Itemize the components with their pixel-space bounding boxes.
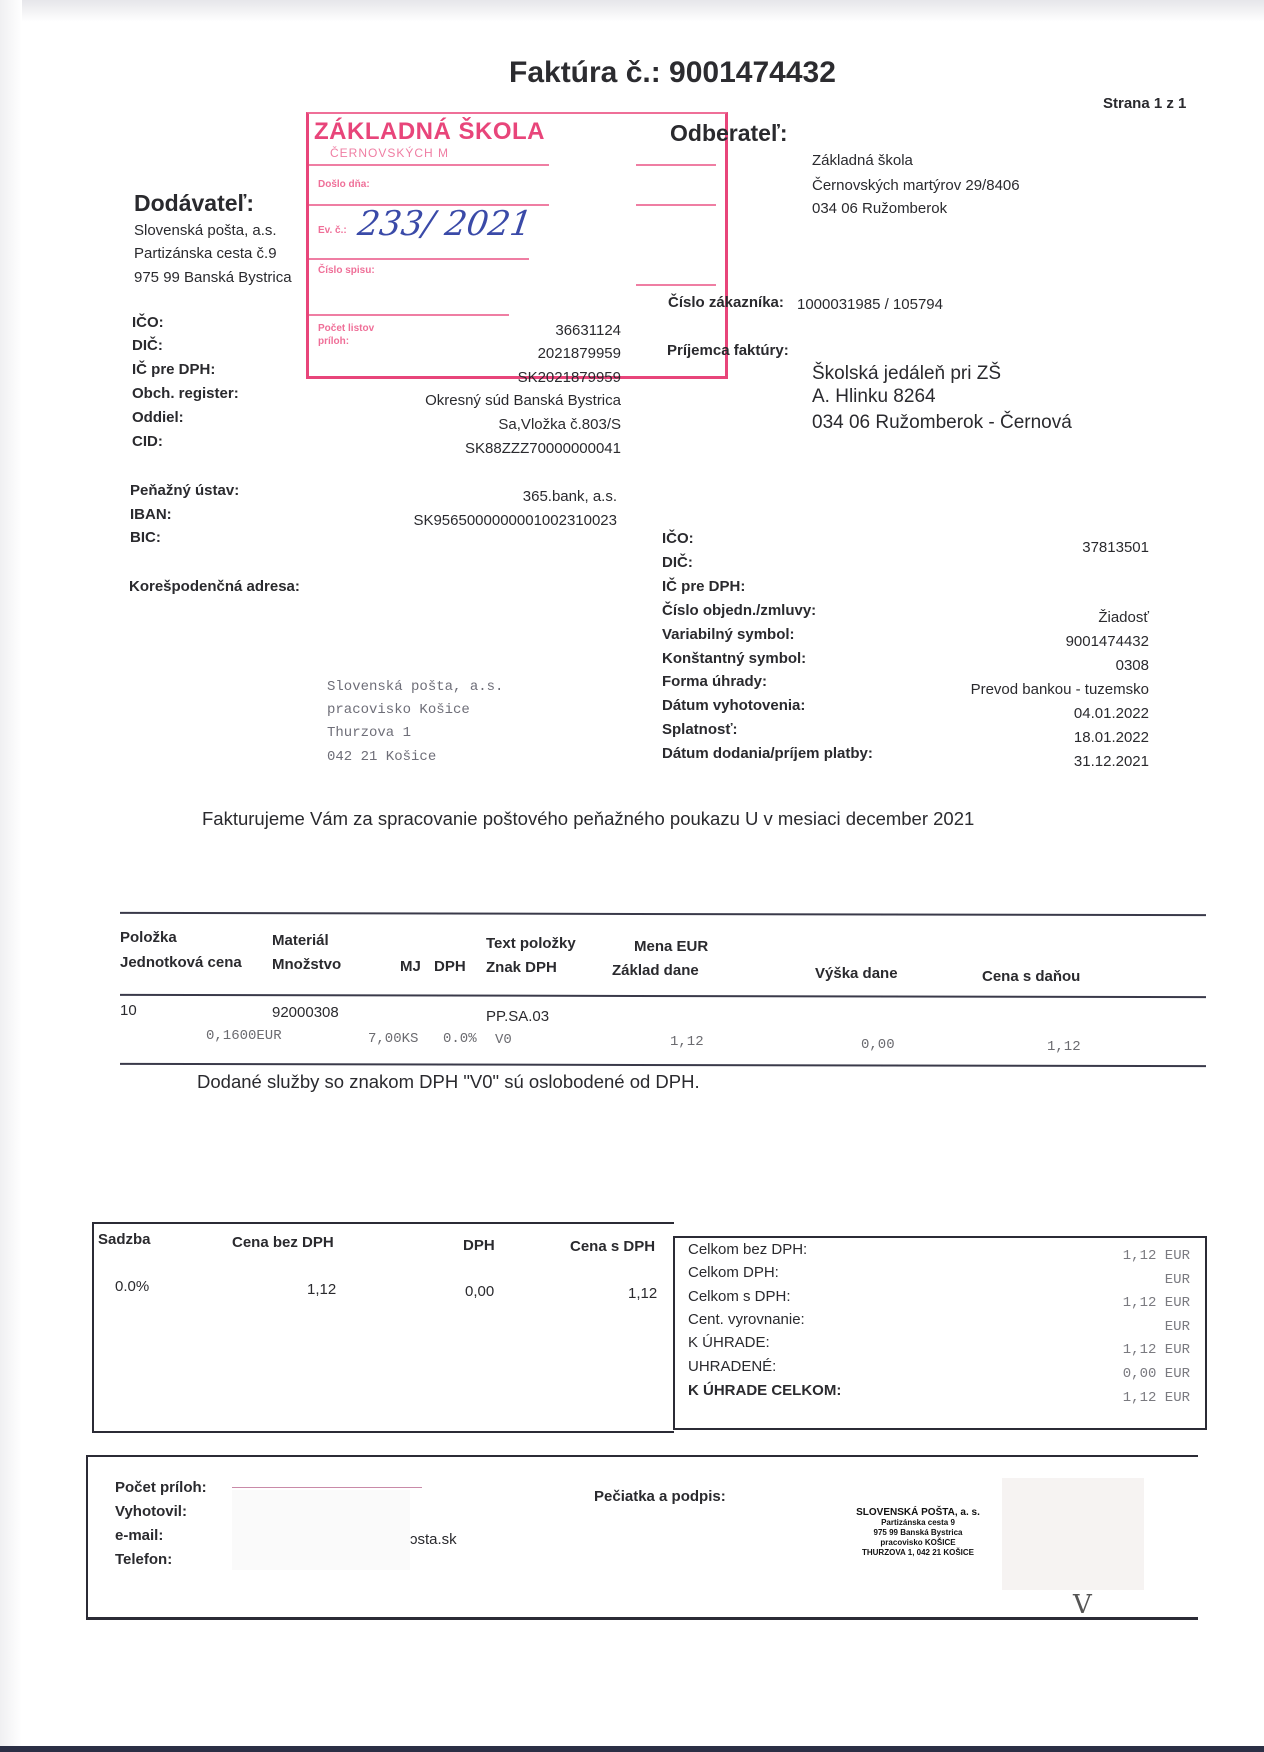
supplier-register-label: Obch. register:: [132, 385, 239, 402]
page-indicator: Strana 1 z 1: [1103, 95, 1186, 112]
customer-number-label: Číslo zákazníka:: [668, 294, 784, 311]
vat-header-rate: Sadzba: [98, 1231, 151, 1248]
phone-label: Telefon:: [115, 1551, 172, 1568]
variable-symbol-value: 9001474432: [1066, 633, 1149, 650]
total-value: 1,12 EUR: [1123, 1342, 1190, 1358]
col-header-item: Položka: [120, 929, 177, 946]
total-value: 1,12 EUR: [1123, 1295, 1190, 1311]
total-label: K ÚHRADE:: [688, 1334, 770, 1351]
order-number-value: Žiadosť: [1098, 609, 1149, 626]
customer-address-line: Černovských martýrov 29/8406: [812, 177, 1020, 194]
col-header-currency: Mena EUR: [634, 938, 708, 955]
vat-header-net: Cena bez DPH: [232, 1234, 334, 1251]
issue-date-value: 04.01.2022: [1074, 705, 1149, 722]
email-value-partial: ɔsta.sk: [410, 1531, 457, 1548]
attachments-label: Počet príloh:: [115, 1479, 207, 1496]
col-header-unit: MJ: [400, 958, 421, 975]
stamp-title: ZÁKLADNÁ ŠKOLA: [314, 118, 545, 146]
col-header-tax-amount: Výška dane: [815, 965, 898, 982]
total-value: EUR: [1165, 1319, 1190, 1335]
customer-address-line: Základná škola: [812, 152, 913, 169]
delivery-date-label: Dátum dodania/príjem platby:: [662, 745, 873, 762]
stamp-label-reg-no: Ev. č.:: [318, 224, 347, 237]
supplier-section-value: Sa,Vložka č.803/S: [498, 416, 621, 433]
delivery-date-value: 31.12.2021: [1074, 753, 1149, 770]
correspondence-label: Korešpodenčná adresa:: [129, 578, 300, 595]
due-date-value: 18.01.2022: [1074, 729, 1149, 746]
constant-symbol-value: 0308: [1116, 657, 1149, 674]
total-value: 0,00 EUR: [1123, 1366, 1190, 1382]
payment-method-label: Forma úhrady:: [662, 673, 767, 690]
supplier-cid-label: CID:: [132, 433, 163, 450]
redacted-signature: [1002, 1478, 1144, 1590]
col-header-vat: DPH: [434, 958, 466, 975]
scan-edge-bottom: [0, 1746, 1264, 1752]
vat-rate: 0.0%: [115, 1278, 149, 1295]
supplier-ico-value: 36631124: [555, 322, 621, 339]
variable-symbol-label: Variabilný symbol:: [662, 626, 795, 643]
stamp-subtitle: ČERNOVSKÝCH M: [330, 146, 449, 160]
total-label: UHRADENÉ:: [688, 1358, 776, 1375]
bank-name-label: Peňažný ústav:: [130, 482, 239, 499]
cell-tax-amount: 0,00: [861, 1037, 895, 1053]
handwritten-reg-no: 233/ 2021: [355, 204, 534, 244]
signature-mark: V: [1073, 1590, 1092, 1620]
vat-gross: 1,12: [628, 1285, 657, 1302]
total-label: Cent. vyrovnanie:: [688, 1311, 805, 1328]
total-value: EUR: [1165, 1272, 1190, 1288]
col-header-quantity: Množstvo: [272, 956, 341, 973]
col-header-price-with-tax: Cena s daňou: [982, 968, 1080, 985]
constant-symbol-label: Konštantný symbol:: [662, 650, 806, 667]
recipient-label: Príjemca faktúry:: [667, 342, 789, 359]
bic-label: BIC:: [130, 529, 161, 546]
supplier-dic-label: DIČ:: [132, 337, 163, 354]
supplier-section-label: Oddiel:: [132, 409, 184, 426]
customer-ico-label: IČO:: [662, 530, 694, 547]
customer-heading: Odberateľ:: [670, 120, 788, 147]
due-date-label: Splatnosť:: [662, 721, 738, 738]
received-stamp: ZÁKLADNÁ ŠKOLA ČERNOVSKÝCH M Došlo dňa: …: [306, 108, 722, 376]
col-header-vat-code: Znak DPH: [486, 959, 557, 976]
col-header-tax-base: Základ dane: [612, 962, 699, 979]
supplier-dic-value: 2021879959: [538, 345, 621, 362]
recipient-address-line: A. Hlinku 8264: [812, 386, 936, 408]
customer-vat-id-label: IČ pre DPH:: [662, 578, 745, 595]
total-label: Celkom DPH:: [688, 1264, 779, 1281]
col-header-item-text: Text položky: [486, 935, 576, 952]
cell-material: 92000308: [272, 1004, 339, 1021]
stamp-label-file-no: Číslo spisu:: [318, 264, 375, 277]
email-label: e-mail:: [115, 1527, 163, 1544]
vat-amount: 0,00: [465, 1283, 494, 1300]
customer-ico-value: 37813501: [1082, 539, 1149, 556]
postal-company-stamp: SLOVENSKÁ POŠTA, a. s. Partizánska cesta…: [848, 1508, 988, 1558]
col-header-unit-price: Jednotková cena: [120, 954, 242, 971]
order-number-label: Číslo objedn./zmluvy:: [662, 602, 816, 619]
supplier-register-value: Okresný súd Banská Bystrica: [425, 392, 621, 409]
supplier-cid-value: SK88ZZZ70000000041: [465, 440, 621, 457]
correspondence-line: Slovenská pošta, a.s.: [327, 679, 503, 695]
cell-item-text: PP.SA.03: [486, 1008, 549, 1025]
issue-date-label: Dátum vyhotovenia:: [662, 697, 805, 714]
customer-number-value: 1000031985 / 105794: [797, 296, 943, 313]
vat-net: 1,12: [307, 1281, 336, 1298]
iban-label: IBAN:: [130, 506, 172, 523]
vat-header-vat: DPH: [463, 1237, 495, 1254]
col-header-material: Materiál: [272, 932, 329, 949]
recipient-address-line: Školská jedáleň pri ZŠ: [812, 363, 1001, 385]
cell-unit-price: 0,1600EUR: [206, 1028, 282, 1044]
correspondence-line: Thurzova 1: [327, 725, 411, 741]
correspondence-line: pracovisko Košice: [327, 702, 470, 718]
stamp-label-attachments: Počet listov príloh:: [318, 322, 398, 348]
cell-vat-rate: 0.0%: [443, 1031, 477, 1047]
total-label: Celkom bez DPH:: [688, 1241, 807, 1258]
supplier-vat-id-value: SK2021879959: [518, 369, 621, 386]
cell-quantity-unit: 7,00KS: [368, 1031, 418, 1047]
prepared-by-label: Vyhotovil:: [115, 1503, 187, 1520]
customer-address-line: 034 06 Ružomberok: [812, 200, 947, 217]
grand-total-value: 1,12 EUR: [1123, 1390, 1190, 1406]
bank-name-value: 365.bank, a.s.: [523, 488, 617, 505]
payment-method-value: Prevod bankou - tuzemsko: [971, 681, 1149, 698]
correspondence-line: 042 21 Košice: [327, 749, 436, 765]
cell-item: 10: [120, 1002, 137, 1019]
grand-total-label: K ÚHRADE CELKOM:: [688, 1382, 841, 1399]
total-value: 1,12 EUR: [1123, 1248, 1190, 1264]
iban-value: SK9565000000001002310023: [413, 512, 617, 529]
supplier-address-line: 975 99 Banská Bystrica: [134, 269, 292, 286]
total-label: Celkom s DPH:: [688, 1288, 791, 1305]
vat-exemption-note: Dodané služby so znakom DPH "V0" sú oslo…: [197, 1071, 700, 1093]
scan-shadow-left: [0, 0, 22, 1752]
scan-shadow-top: [0, 0, 1264, 22]
invoice-title: Faktúra č.: 9001474432: [509, 56, 836, 90]
stamp-label-received: Došlo dňa:: [318, 178, 370, 191]
customer-dic-label: DIČ:: [662, 554, 693, 571]
supplier-vat-id-label: IČ pre DPH:: [132, 361, 215, 378]
recipient-address-line: 034 06 Ružomberok - Černová: [812, 412, 1072, 434]
cell-tax-base: 1,12: [670, 1034, 704, 1050]
redacted-contact: [232, 1490, 410, 1570]
supplier-address-line: Partizánska cesta č.9: [134, 245, 277, 262]
supplier-ico-label: IČO:: [132, 314, 164, 331]
cell-price-with-tax: 1,12: [1047, 1039, 1081, 1055]
invoice-description: Fakturujeme Vám za spracovanie poštového…: [202, 808, 974, 830]
vat-header-gross: Cena s DPH: [570, 1238, 655, 1255]
supplier-heading: Dodávateľ:: [134, 190, 254, 217]
stamp-signature-label: Pečiatka a podpis:: [594, 1488, 726, 1505]
supplier-address-line: Slovenská pošta, a.s.: [134, 222, 277, 239]
cell-vat-code: V0: [495, 1032, 512, 1048]
